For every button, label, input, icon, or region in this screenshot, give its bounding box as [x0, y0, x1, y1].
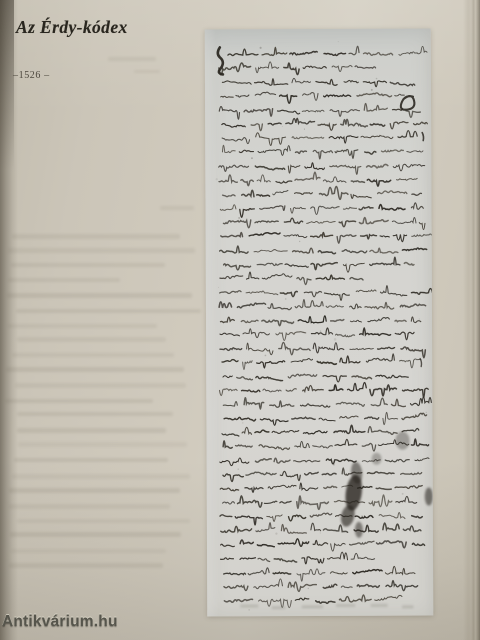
ghost-line: [18, 442, 187, 447]
page-gutter-shadow: [0, 0, 18, 640]
ghost-line: [15, 383, 186, 388]
ink-blotch: [395, 432, 409, 450]
ghost-line: [14, 458, 168, 463]
ghost-line: [17, 337, 166, 342]
ghost-line: [12, 474, 191, 479]
manuscript-svg: [205, 29, 434, 617]
ink-blotch: [355, 522, 363, 538]
ink-blotch: [425, 488, 433, 506]
ghost-line: [17, 412, 173, 417]
date-note: –1526 –: [13, 70, 50, 81]
ghost-line: [8, 324, 157, 329]
ghost-line: [5, 399, 153, 404]
ghost-line: [16, 309, 201, 314]
manuscript-facsimile: [205, 29, 434, 617]
ghost-line: [11, 263, 165, 268]
page-title: Az Érdy-kódex: [16, 17, 128, 38]
page-gutter-shadow-top: [0, 0, 14, 170]
ghost-line: [12, 353, 173, 358]
ghost-line: [6, 367, 183, 372]
ink-blotch: [372, 453, 382, 465]
ghost-line: [7, 293, 192, 298]
ghost-line: [9, 563, 163, 568]
ghost-line: [160, 206, 194, 210]
ghost-line: [108, 57, 156, 61]
ghost-line: [134, 70, 160, 73]
ghost-line: [10, 532, 181, 537]
ghost-line: [17, 519, 190, 524]
ghost-line: [17, 428, 167, 433]
ghost-line: [12, 234, 181, 239]
ghost-line: [9, 488, 180, 493]
ghost-line: [9, 504, 169, 509]
ghost-line: [11, 549, 165, 554]
page-edge-right: [463, 0, 480, 640]
book-page: Az Érdy-kódex –1526 – Antikvárium.hu: [0, 0, 480, 640]
ghost-line: [8, 248, 194, 253]
ghost-line: [8, 278, 120, 283]
watermark: Antikvárium.hu: [2, 613, 118, 631]
